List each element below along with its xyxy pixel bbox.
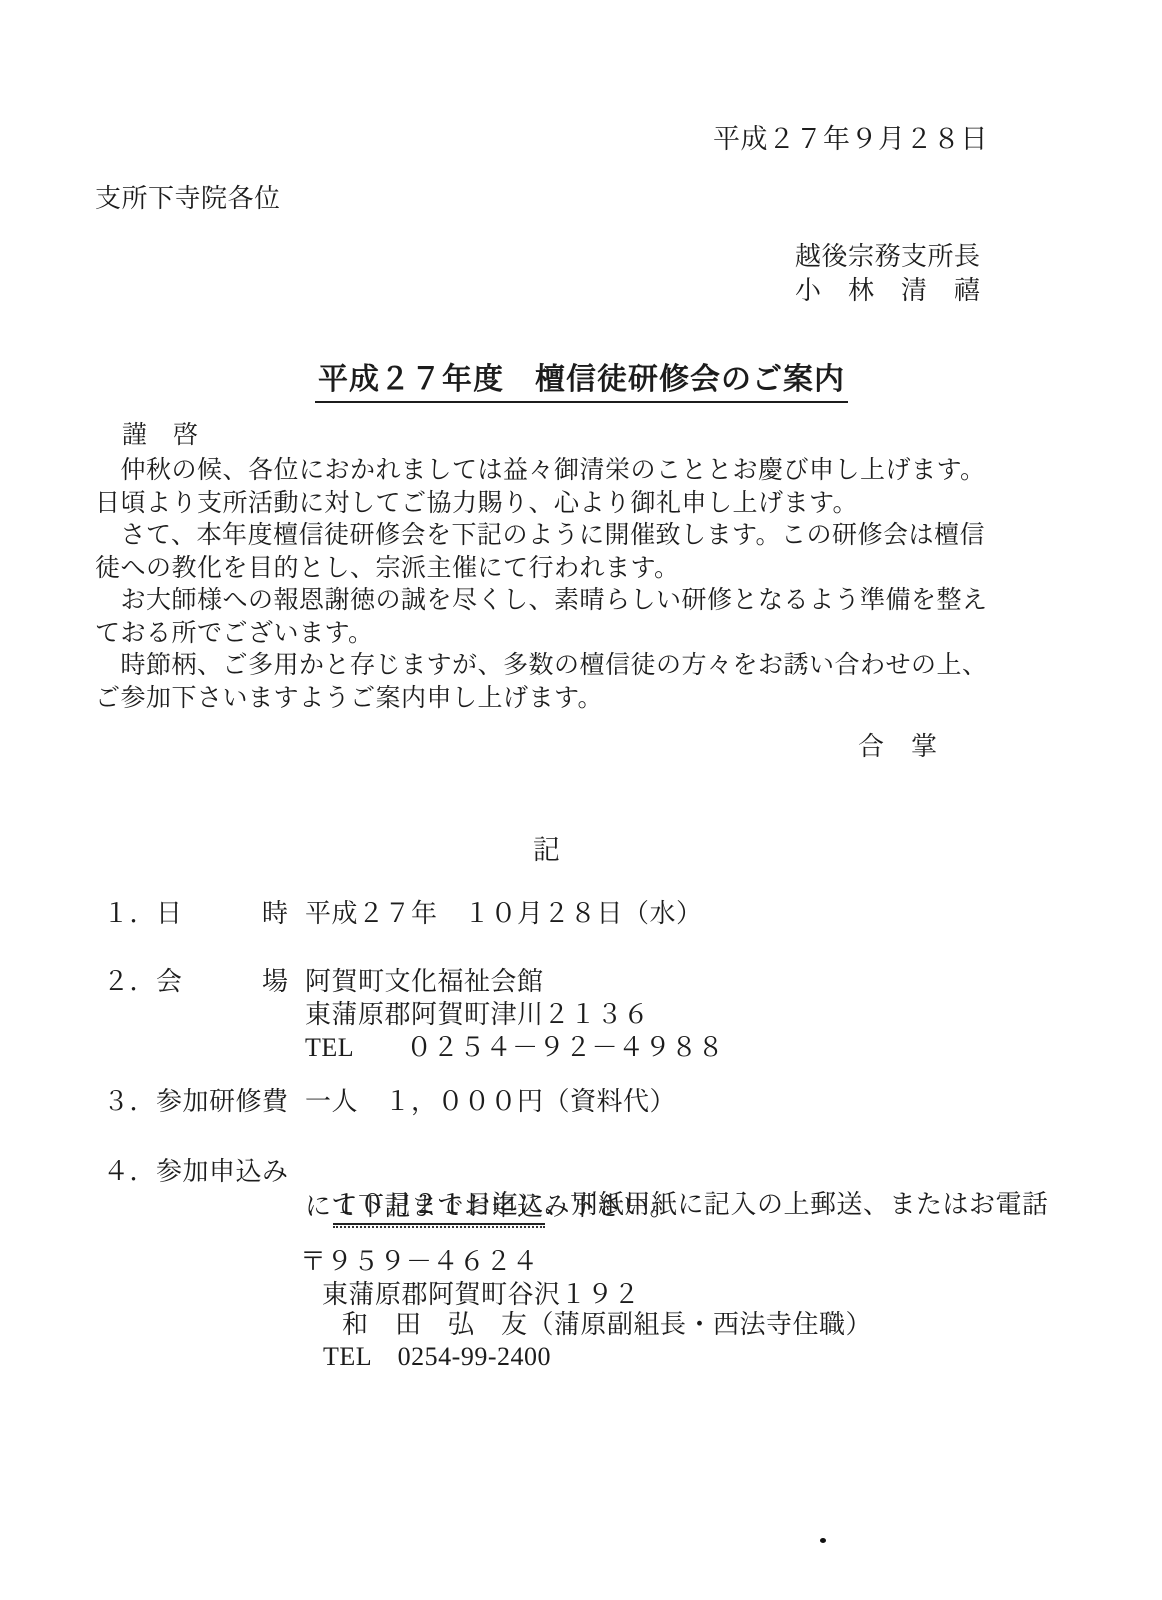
item-2-value-venue: 阿賀町文化福祉会館	[305, 966, 544, 999]
document-date: 平成２７年９月２８日	[713, 123, 988, 157]
scan-artifact-dot	[820, 1538, 826, 1543]
record-heading: 記	[533, 834, 561, 868]
sender-title: 越後宗務支所長	[795, 241, 981, 274]
item-3-value: 一人 １，０００円（資料代）	[305, 1086, 676, 1119]
body-line: ご参加下さいますようご案内申し上げます。	[95, 683, 603, 714]
sender-name: 小 林 清 禧	[795, 275, 981, 308]
item-2-value-address: 東蒲原郡阿賀町津川２１３６	[305, 999, 650, 1032]
salutation: 謹 啓	[122, 420, 199, 451]
body-line: 日頃より支所活動に対してご協力賜り、心より御礼申し上げます。	[95, 488, 858, 519]
contact-person: 和 田 弘 友（蒲原副組長・西法寺住職）	[342, 1309, 872, 1342]
item-4-label: ４．参加申込み	[103, 1156, 289, 1189]
page-title: 平成２７年度 檀信徒研修会のご案内	[315, 363, 848, 403]
contact-tel: TEL 0254-99-2400	[323, 1341, 551, 1374]
body-line: お大師様への報恩謝徳の誠を尽くし、素晴らしい研修となるよう準備を整え	[95, 585, 988, 616]
contact-postal-code: 〒９５９－４６２４	[300, 1246, 539, 1279]
item-2-label: ２．会 場	[103, 966, 289, 999]
body-line: ておる所でございます。	[95, 618, 374, 649]
body-line: 仲秋の候、各位におかれましては益々御清栄のこととお慶び申し上げます。	[95, 455, 986, 486]
item-1-value: 平成２７年 １０月２８日（水）	[305, 898, 703, 931]
item-4-value-line2: にて下記までお申込み下さい。	[305, 1191, 676, 1224]
item-2-value-tel: TEL ０２５４－９２－４９８８	[305, 1032, 724, 1065]
body-line: さて、本年度檀信徒研修会を下記のように開催致します。この研修会は檀信	[95, 520, 985, 551]
closing-word: 合 掌	[858, 731, 938, 764]
body-line: 時節柄、ご多用かと存じますが、多数の檀信徒の方々をお誘い合わせの上、	[95, 650, 988, 681]
addressee: 支所下寺院各位	[95, 183, 281, 216]
title-wrap: 平成２７年度 檀信徒研修会のご案内	[288, 330, 848, 430]
item-1-label: １．日 時	[103, 898, 289, 931]
contact-address: 東蒲原郡阿賀町谷沢１９２	[322, 1279, 640, 1312]
body-line: 徒への教化を目的とし、宗派主催にて行われます。	[95, 553, 680, 584]
document-page: 平成２７年９月２８日 支所下寺院各位 越後宗務支所長 小 林 清 禧 平成２７年…	[0, 0, 1162, 1600]
item-3-label: ３．参加研修費	[103, 1086, 289, 1119]
